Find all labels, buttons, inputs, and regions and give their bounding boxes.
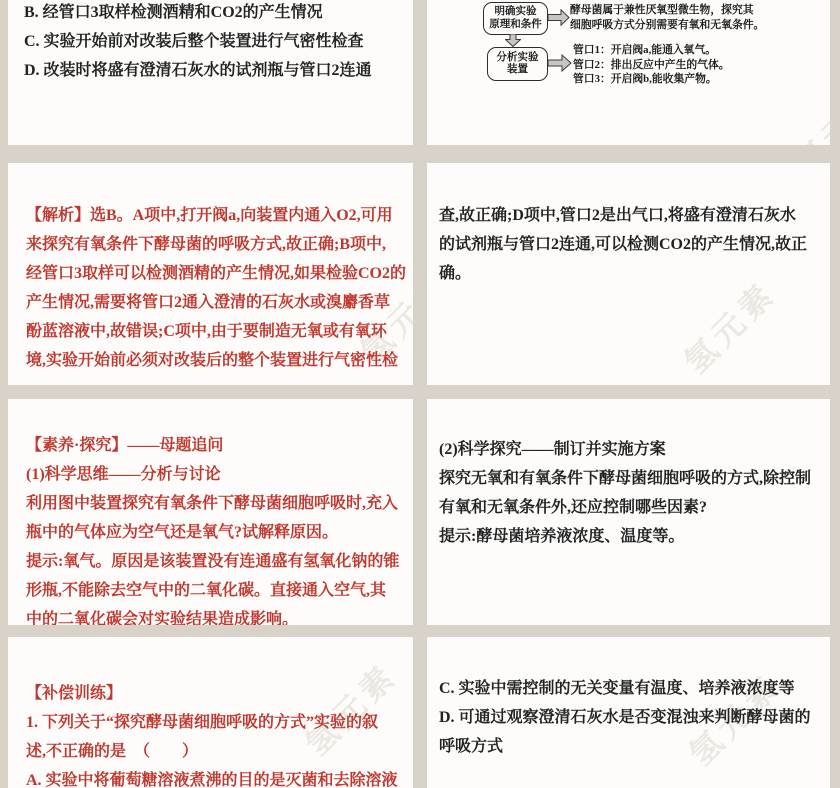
inquiry-line: (2)科学探究——制订并实施方案 <box>439 435 811 464</box>
slide-thumbnail-4-left[interactable]: 氢元素 【补偿训练】 1. 下列关于“探究酵母菌细胞呼吸的方式”实验的叙 述,不… <box>8 637 413 788</box>
arrow-right-icon <box>548 9 570 26</box>
flow-box-device-label: 装置 <box>507 64 528 77</box>
training-line: A. 实验中将葡萄糖溶液煮沸的目的是灭菌和去除溶液 <box>26 766 398 788</box>
flow-note-principle: 酵母菌属于兼性厌氧型微生物，探究其 细胞呼吸方式分别需要有氧和无氧条件。 <box>570 3 764 32</box>
slide-thumbnail-3-left[interactable]: 【素养·探究】——母题追问 (1)科学思维——分析与讨论 利用图中装置探究有氧条… <box>8 399 413 625</box>
option-line: 呼吸方式 <box>439 732 811 761</box>
slide-preview-page: { "colors": { "background": "#d8d2c9", "… <box>0 0 840 788</box>
slide-thumbnail-2-right[interactable]: 氢元素 查,故正确;D项中,管口2是出气口,将盛有澄清石灰水 的试剂瓶与管口2连… <box>427 163 830 385</box>
inquiry-line: 有氧和无氧条件外,还应控制哪些因素? <box>439 493 811 522</box>
flow-note-line: 管口2：排出反应中产生的气体。 <box>573 58 730 73</box>
inquiry-line: 【素养·探究】——母题追问 <box>26 431 399 460</box>
slide-text-block: C. 实验中需控制的无关变量有温度、培养液浓度等 D. 可通过观察澄清石灰水是否… <box>439 674 811 761</box>
analysis-line: 的试剂瓶与管口2连通,可以检测CO2的产生情况,故正 <box>439 230 807 259</box>
inquiry-line: 瓶中的气体应为空气还是氧气?试解释原因。 <box>26 518 399 547</box>
inquiry-line: 形瓶,不能除去空气中的二氧化碳。直接通入空气,其 <box>26 576 399 605</box>
flow-box-principle-label: 明确实验 <box>495 6 537 19</box>
slide-thumbnail-4-right[interactable]: 氢元素 C. 实验中需控制的无关变量有温度、培养液浓度等 D. 可通过观察澄清石… <box>427 637 830 788</box>
flow-note-line: 管口3：开启阀b,能收集产物。 <box>573 72 730 87</box>
inquiry-line: 提示:酵母菌培养液浓度、温度等。 <box>439 522 811 551</box>
slide-thumbnail-3-right[interactable]: (2)科学探究——制订并实施方案 探究无氧和有氧条件下酵母菌细胞呼吸的方式,除控… <box>427 399 830 625</box>
analysis-line: 产生情况,需要将管口2通入澄清的石灰水或溴麝香草 <box>26 288 406 317</box>
flow-box-principle-label: 原理和条件 <box>489 19 542 32</box>
analysis-line: 查,故正确;D项中,管口2是出气口,将盛有澄清石灰水 <box>439 201 807 230</box>
inquiry-line: (1)科学思维——分析与讨论 <box>26 460 399 489</box>
slide-text-block: 【解析】选B。A项中,打开阀a,向装置内通入O2,可用 来探究有氧条件下酵母菌的… <box>26 201 406 375</box>
slide-text-block: (2)科学探究——制订并实施方案 探究无氧和有氧条件下酵母菌细胞呼吸的方式,除控… <box>439 435 811 551</box>
analysis-line: 来探究有氧条件下酵母菌的呼吸方式,故正确;B项中, <box>26 230 406 259</box>
slide-text-block: 【素养·探究】——母题追问 (1)科学思维——分析与讨论 利用图中装置探究有氧条… <box>26 431 399 625</box>
slide-thumbnail-2-left[interactable]: 氢元素 【解析】选B。A项中,打开阀a,向装置内通入O2,可用 来探究有氧条件下… <box>8 163 413 385</box>
analysis-line: 酚蓝溶液中,故错误;C项中,由于要制造无氧或有氧环 <box>26 317 406 346</box>
slide-thumbnail-1-left[interactable]: B. 经管口3取样检测酒精和CO2的产生情况 C. 实验开始前对改装后整个装置进… <box>8 0 413 145</box>
slide-text-block: 【补偿训练】 1. 下列关于“探究酵母菌细胞呼吸的方式”实验的叙 述,不正确的是… <box>26 679 398 788</box>
arrow-right-icon <box>548 54 572 72</box>
option-line: C. 实验开始前对改装后整个装置进行气密性检查 <box>24 27 372 56</box>
flow-box-device-label: 分析实验 <box>497 52 539 65</box>
option-line: C. 实验中需控制的无关变量有温度、培养液浓度等 <box>439 674 811 703</box>
flow-note-line: 细胞呼吸方式分别需要有氧和无氧条件。 <box>570 18 764 33</box>
training-line: 1. 下列关于“探究酵母菌细胞呼吸的方式”实验的叙 <box>26 708 398 737</box>
inquiry-line: 探究无氧和有氧条件下酵母菌细胞呼吸的方式,除控制 <box>439 464 811 493</box>
training-line: 【补偿训练】 <box>26 679 398 708</box>
analysis-line: 【解析】选B。A项中,打开阀a,向装置内通入O2,可用 <box>26 201 406 230</box>
watermark: 氢元素 <box>782 71 830 145</box>
inquiry-line: 提示:氧气。原因是该装置没有连通盛有氢氧化钠的锥 <box>26 547 399 576</box>
option-line: D. 改装时将盛有澄清石灰水的试剂瓶与管口2连通 <box>24 56 372 85</box>
inquiry-line: 中的二氧化碳会对实验结果造成影响。 <box>26 605 399 625</box>
inquiry-line: 利用图中装置探究有氧条件下酵母菌细胞呼吸时,充入 <box>26 489 399 518</box>
flow-note-device: 管口1：开启阀a,能通入氧气。 管口2：排出反应中产生的气体。 管口3：开启阀b… <box>573 43 730 87</box>
flow-box-principle: 明确实验 原理和条件 <box>483 2 548 35</box>
option-line: B. 经管口3取样检测酒精和CO2的产生情况 <box>24 0 372 27</box>
flow-note-line: 管口1：开启阀a,能通入氧气。 <box>573 43 730 58</box>
analysis-line: 确。 <box>439 259 807 288</box>
arrow-down-icon <box>505 34 521 47</box>
flow-note-line: 酵母菌属于兼性厌氧型微生物，探究其 <box>570 3 764 18</box>
slide-text-block: B. 经管口3取样检测酒精和CO2的产生情况 C. 实验开始前对改装后整个装置进… <box>24 0 372 85</box>
training-line: 述,不正确的是 （ ） <box>26 737 398 766</box>
analysis-line: 经管口3取样可以检测酒精的产生情况,如果检验CO2的 <box>26 259 406 288</box>
option-line: D. 可通过观察澄清石灰水是否变混浊来判断酵母菌的 <box>439 703 811 732</box>
analysis-line: 境,实验开始前必须对改装后的整个装置进行气密性检 <box>26 346 406 375</box>
slide-text-block: 查,故正确;D项中,管口2是出气口,将盛有澄清石灰水 的试剂瓶与管口2连通,可以… <box>439 201 807 288</box>
flow-box-device: 分析实验 装置 <box>487 47 548 81</box>
slide-thumbnail-1-right[interactable]: 明确实验 原理和条件 酵母菌属于兼性厌氧型微生物，探究其 细胞呼吸方式分别需要有… <box>427 0 830 145</box>
